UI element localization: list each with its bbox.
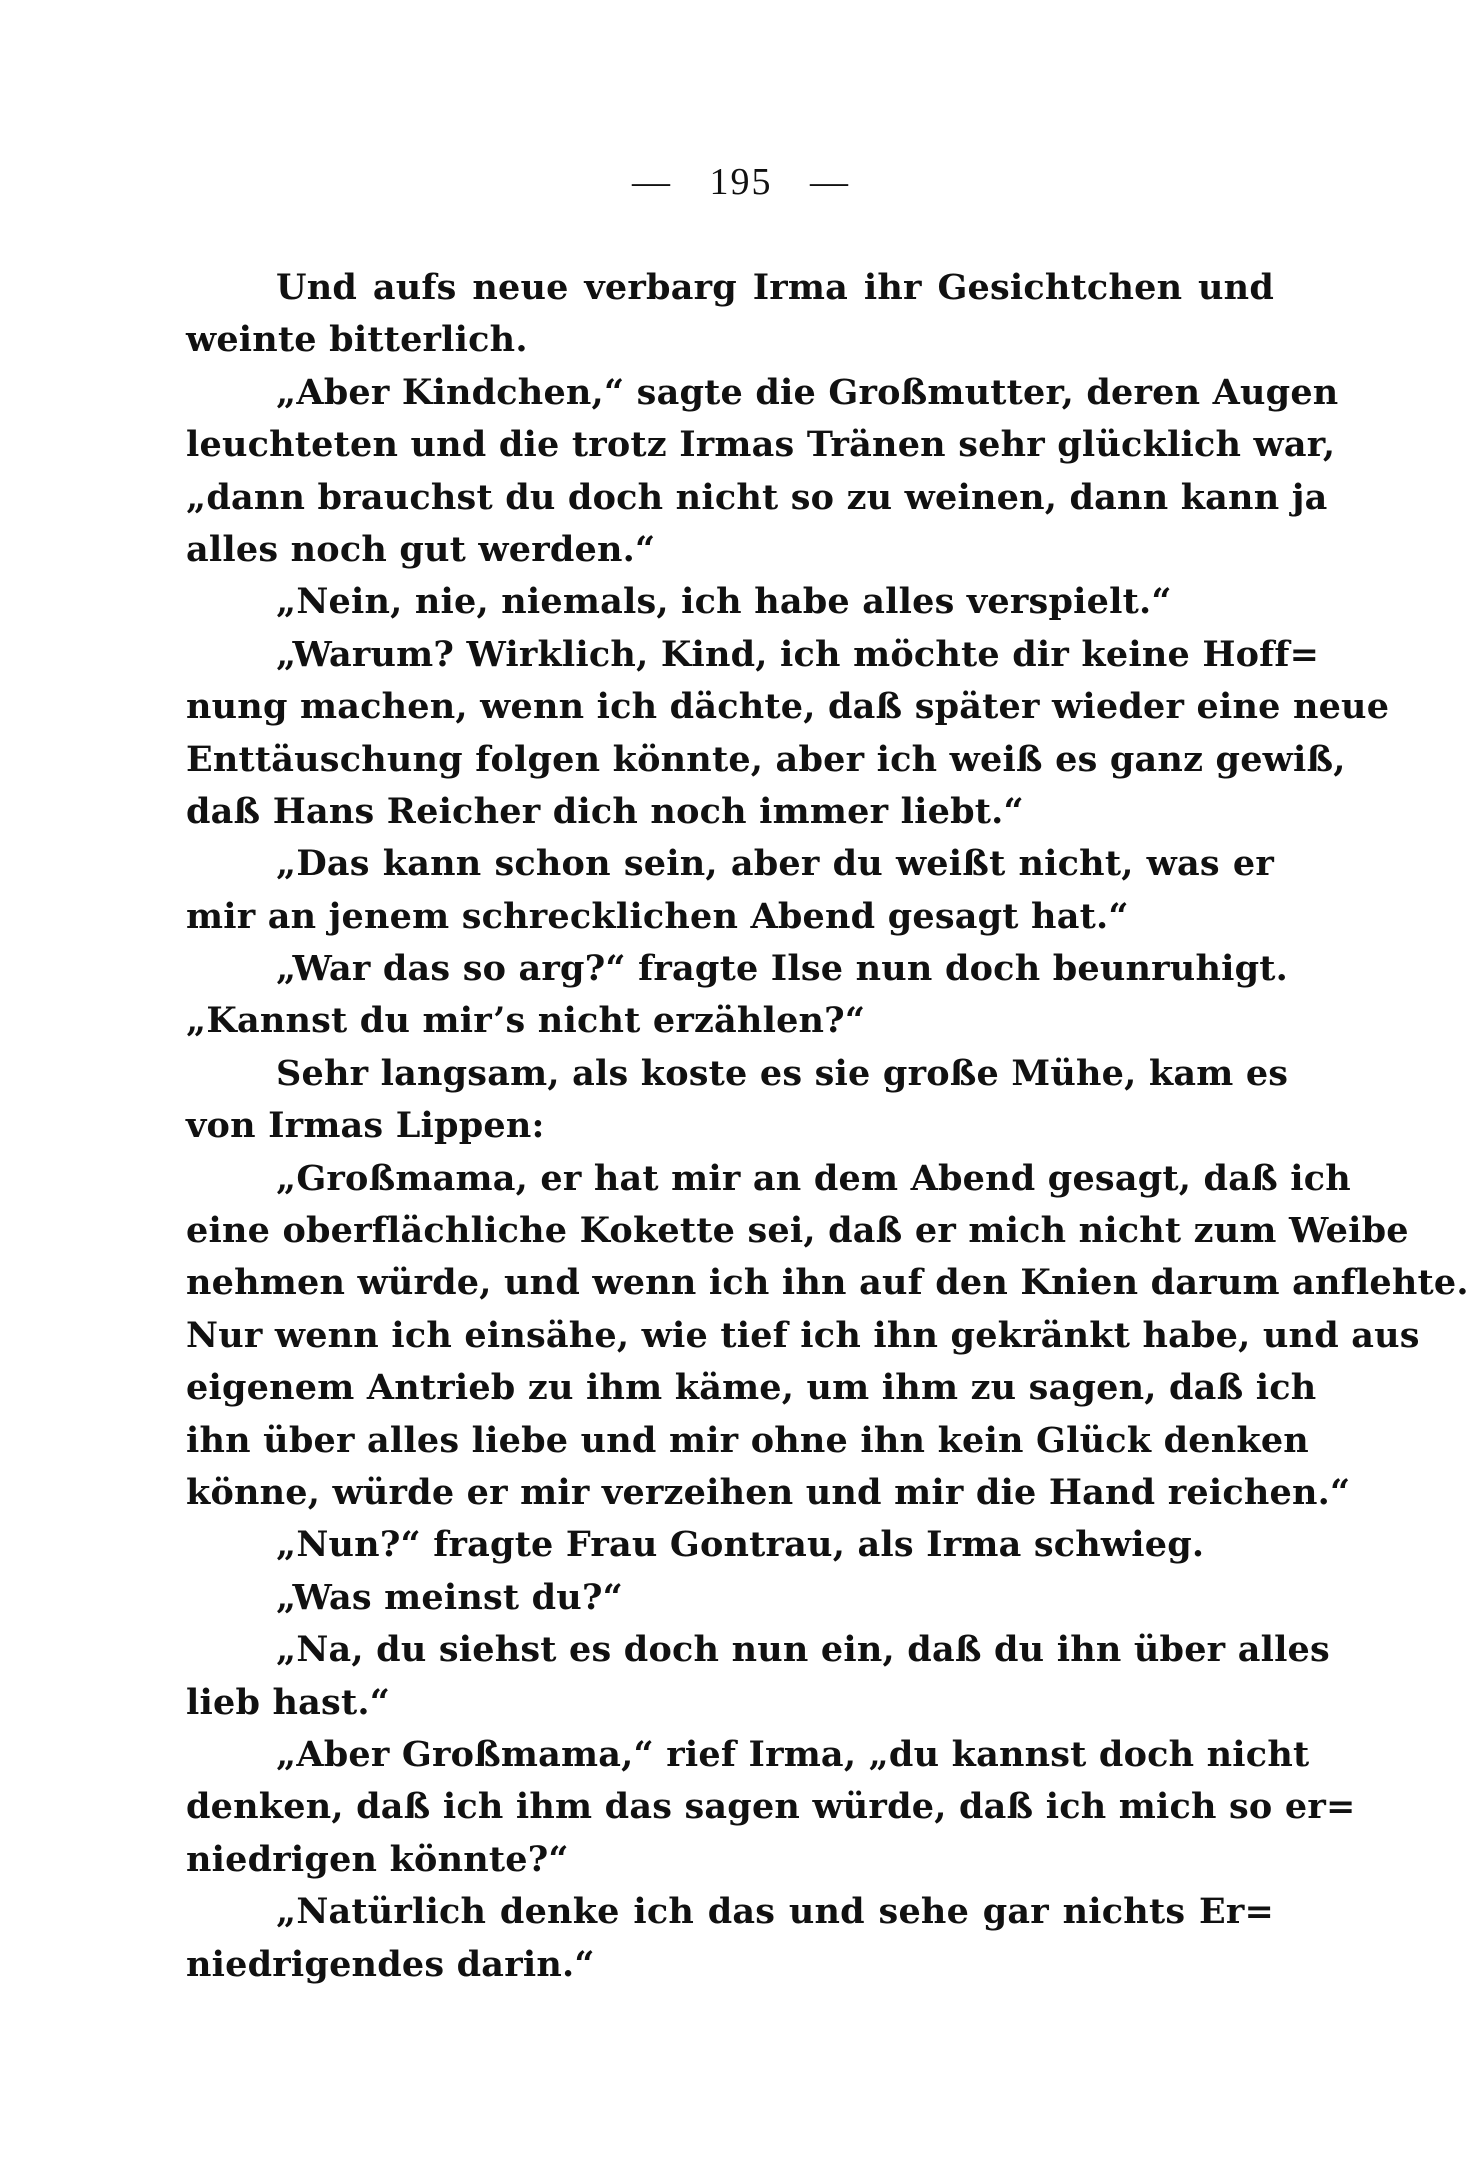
text-line: von Irmas Lippen: [186,1100,1274,1152]
text-line: nehmen würde, und wenn ich ihn auf den K… [186,1257,1274,1309]
text-line: mir an jenem schrecklichen Abend gesagt … [186,891,1274,943]
text-line: denken, daß ich ihm das sagen würde, daß… [186,1781,1274,1833]
text-line: niedrigendes darin.“ [186,1939,1274,1991]
text-line: eigenem Antrieb zu ihm käme, um ihm zu s… [186,1362,1274,1414]
text-line: „Kannst du mir’s nicht erzählen?“ [186,995,1274,1047]
page-number-dash-right: — [810,160,850,204]
text-line: „Natürlich denke ich das und sehe gar ni… [186,1886,1274,1938]
text-line: „Aber Kindchen,“ sagte die Großmutter, d… [186,367,1274,419]
text-line: „Nein, nie, niemals, ich habe alles vers… [186,576,1274,628]
text-line: „Das kann schon sein, aber du weißt nich… [186,838,1274,890]
text-line: eine oberflächliche Kokette sei, daß er … [186,1205,1274,1257]
text-line: „Was meinst du?“ [186,1572,1274,1624]
text-line: lieb hast.“ [186,1677,1274,1729]
page-number-dash-left: — [632,160,672,204]
text-line: Enttäuschung folgen könnte, aber ich wei… [186,734,1274,786]
text-line: „Nun?“ fragte Frau Gontrau, als Irma sch… [186,1519,1274,1571]
text-line: niedrigen könnte?“ [186,1834,1274,1886]
text-line: „Großmama, er hat mir an dem Abend gesag… [186,1153,1274,1205]
book-page: — 195 — Und aufs neue verbarg Irma ihr G… [0,0,1482,2164]
page-number-header: — 195 — [0,160,1482,204]
text-line: nung machen, wenn ich dächte, daß später… [186,681,1274,733]
text-line: alles noch gut werden.“ [186,524,1274,576]
text-line: Und aufs neue verbarg Irma ihr Gesichtch… [186,262,1274,314]
text-line: Sehr langsam, als koste es sie große Müh… [186,1048,1274,1100]
text-line: „Warum? Wirklich, Kind, ich möchte dir k… [186,629,1274,681]
text-line: könne, würde er mir verzeihen und mir di… [186,1467,1274,1519]
text-line: „War das so arg?“ fragte Ilse nun doch b… [186,943,1274,995]
text-line: daß Hans Reicher dich noch immer liebt.“ [186,786,1274,838]
text-line: Nur wenn ich einsähe, wie tief ich ihn g… [186,1310,1274,1362]
text-line: ihn über alles liebe und mir ohne ihn ke… [186,1415,1274,1467]
text-line: „dann brauchst du doch nicht so zu weine… [186,472,1274,524]
text-line: „Aber Großmama,“ rief Irma, „du kannst d… [186,1729,1274,1781]
text-line: leuchteten und die trotz Irmas Tränen se… [186,419,1274,471]
text-line: „Na, du siehst es doch nun ein, daß du i… [186,1624,1274,1676]
text-line: weinte bitterlich. [186,314,1274,366]
page-number: 195 [710,161,773,203]
body-text: Und aufs neue verbarg Irma ihr Gesichtch… [186,262,1274,1991]
